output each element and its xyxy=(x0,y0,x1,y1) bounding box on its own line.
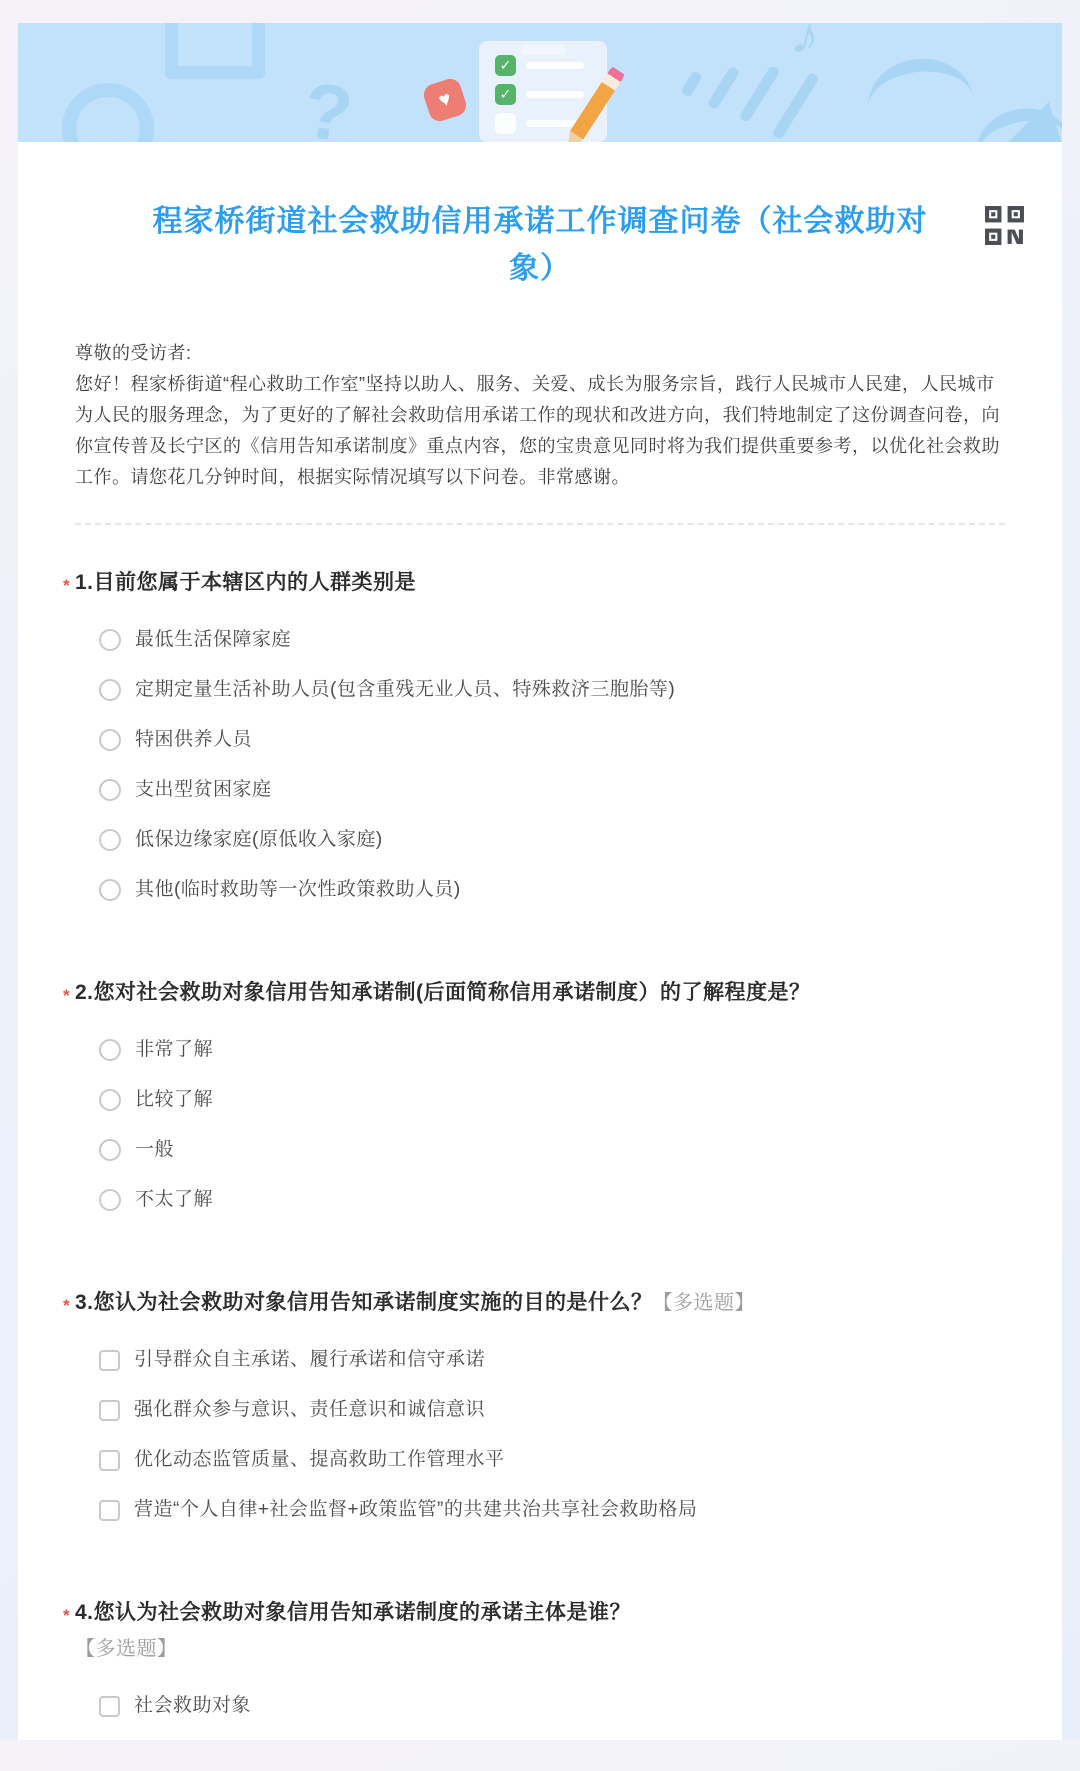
intro-salutation: 尊敬的受访者: xyxy=(75,338,1005,369)
question-title: *4.您认为社会救助对象信用告知承诺制度的承诺主体是谁？【多选题】 xyxy=(75,1599,1005,1663)
banner-illustration: ? ♪ ♥ ✓ ✓ xyxy=(18,23,1062,142)
radio-icon[interactable] xyxy=(99,1039,121,1061)
option-label: 一般 xyxy=(135,1137,174,1163)
checklist-row: ✓ xyxy=(495,84,593,105)
decor-wave-icon xyxy=(864,54,973,109)
qr-code-icon[interactable] xyxy=(984,205,1025,246)
option-row[interactable]: 支出型贫困家庭 xyxy=(99,765,1005,815)
text-line xyxy=(526,91,584,98)
option-row[interactable]: 强化群众参与意识、责任意识和诚信意识 xyxy=(99,1385,1005,1435)
option-label: 优化动态监管质量、提高救助工作管理水平 xyxy=(134,1447,505,1473)
text-line xyxy=(526,62,584,69)
required-asterisk: * xyxy=(63,1602,70,1630)
option-row[interactable]: 一般 xyxy=(99,1125,1005,1175)
option-label: 非常了解 xyxy=(135,1037,213,1063)
decor-slash-icon xyxy=(771,72,820,141)
option-row[interactable]: 定期定量生活补助人员(包含重残无业人员、特殊救济三胞胎等) xyxy=(99,665,1005,715)
option-label: 不太了解 xyxy=(135,1187,213,1213)
radio-icon[interactable] xyxy=(99,829,121,851)
decor-slash-icon xyxy=(707,66,741,111)
radio-icon[interactable] xyxy=(99,1139,121,1161)
option-group: 社会救助对象 xyxy=(99,1681,1005,1731)
multi-select-tag: 【多选题】 xyxy=(653,1292,756,1314)
question-block: *4.您认为社会救助对象信用告知承诺制度的承诺主体是谁？【多选题】 社会救助对象 xyxy=(75,1599,1005,1731)
option-group: 最低生活保障家庭定期定量生活补助人员(包含重残无业人员、特殊救济三胞胎等)特困供… xyxy=(99,615,1005,915)
option-group: 引导群众自主承诺、履行承诺和信守承诺强化群众参与意识、责任意识和诚信意识优化动态… xyxy=(99,1335,1005,1535)
option-label: 社会救助对象 xyxy=(134,1693,251,1719)
option-label: 特困供养人员 xyxy=(135,727,252,753)
radio-icon[interactable] xyxy=(99,629,121,651)
option-label: 最低生活保障家庭 xyxy=(135,627,291,653)
checkbox-icon[interactable] xyxy=(99,1450,120,1471)
option-row[interactable]: 营造“个人自律+社会监督+政策监管”的共建共治共享社会救助格局 xyxy=(99,1485,1005,1535)
option-label: 引导群众自主承诺、履行承诺和信守承诺 xyxy=(134,1347,485,1373)
option-row[interactable]: 不太了解 xyxy=(99,1175,1005,1225)
option-label: 定期定量生活补助人员(包含重残无业人员、特殊救济三胞胎等) xyxy=(135,677,675,703)
heart-icon: ♥ xyxy=(421,76,469,124)
survey-title: 程家桥街道社会救助信用承诺工作调查问卷（社会救助对象） xyxy=(145,198,935,292)
intro-paragraph: 尊敬的受访者: 您好！程家桥街道“程心救助工作室”坚持以助人、服务、关爱、成长为… xyxy=(75,338,1005,493)
decor-square-icon xyxy=(165,23,265,79)
music-note-icon: ♪ xyxy=(787,23,826,65)
option-label: 比较了解 xyxy=(135,1087,213,1113)
option-label: 强化群众参与意识、责任意识和诚信意识 xyxy=(134,1397,485,1423)
question-title: *3.您认为社会救助对象信用告知承诺制度实施的目的是什么？【多选题】 xyxy=(75,1289,1005,1317)
heart-glyph: ♥ xyxy=(436,87,454,113)
check-icon: ✓ xyxy=(495,84,516,105)
question-mark-icon: ? xyxy=(299,70,357,142)
option-row[interactable]: 其他(临时救助等一次性政策救助人员) xyxy=(99,865,1005,915)
option-row[interactable]: 优化动态监管质量、提高救助工作管理水平 xyxy=(99,1435,1005,1485)
option-label: 营造“个人自律+社会监督+政策监管”的共建共治共享社会救助格局 xyxy=(134,1497,697,1523)
radio-icon[interactable] xyxy=(99,729,121,751)
checkbox-icon[interactable] xyxy=(99,1500,120,1521)
question-list: *1.目前您属于本辖区内的人群类别是 最低生活保障家庭定期定量生活补助人员(包含… xyxy=(75,569,1005,1731)
option-row[interactable]: 社会救助对象 xyxy=(99,1681,1005,1731)
option-label: 低保边缘家庭(原低收入家庭) xyxy=(135,827,383,853)
clipboard-tab xyxy=(521,45,565,55)
option-row[interactable]: 引导群众自主承诺、履行承诺和信守承诺 xyxy=(99,1335,1005,1385)
checkbox-icon[interactable] xyxy=(99,1400,120,1421)
question-text: 4.您认为社会救助对象信用告知承诺制度的承诺主体是谁？ xyxy=(75,1601,631,1624)
option-row[interactable]: 比较了解 xyxy=(99,1075,1005,1125)
empty-check-icon xyxy=(495,113,516,134)
survey-content: 程家桥街道社会救助信用承诺工作调查问卷（社会救助对象） 尊敬的受访者: 您好！程… xyxy=(18,198,1062,1740)
required-asterisk: * xyxy=(63,982,70,1010)
question-block: *2.您对社会救助对象信用告知承诺制(后面简称信用承诺制度）的了解程度是？ 非常… xyxy=(75,979,1005,1225)
option-row[interactable]: 低保边缘家庭(原低收入家庭) xyxy=(99,815,1005,865)
question-block: *1.目前您属于本辖区内的人群类别是 最低生活保障家庭定期定量生活补助人员(包含… xyxy=(75,569,1005,915)
checklist-row: ✓ xyxy=(495,55,593,76)
question-text: 1.目前您属于本辖区内的人群类别是 xyxy=(75,571,416,594)
radio-icon[interactable] xyxy=(99,779,121,801)
intro-body: 您好！程家桥街道“程心救助工作室”坚持以助人、服务、关爱、成长为服务宗旨，践行人… xyxy=(75,369,1005,493)
question-title: *1.目前您属于本辖区内的人群类别是 xyxy=(75,569,1005,597)
decor-circle-icon xyxy=(62,83,154,142)
decor-slash-icon xyxy=(738,65,780,123)
option-label: 其他(临时救助等一次性政策救助人员) xyxy=(135,877,461,903)
radio-icon[interactable] xyxy=(99,1189,121,1211)
question-title: *2.您对社会救助对象信用告知承诺制(后面简称信用承诺制度）的了解程度是？ xyxy=(75,979,1005,1007)
checkbox-icon[interactable] xyxy=(99,1696,120,1717)
radio-icon[interactable] xyxy=(99,1089,121,1111)
radio-icon[interactable] xyxy=(99,679,121,701)
multi-select-tag: 【多选题】 xyxy=(75,1635,1005,1663)
check-icon: ✓ xyxy=(495,55,516,76)
option-group: 非常了解比较了解一般不太了解 xyxy=(99,1025,1005,1225)
radio-icon[interactable] xyxy=(99,879,121,901)
decor-triangle-icon xyxy=(1002,94,1062,142)
section-divider xyxy=(75,523,1005,525)
required-asterisk: * xyxy=(63,572,70,600)
option-label: 支出型贫困家庭 xyxy=(135,777,272,803)
question-text: 2.您对社会救助对象信用告知承诺制(后面简称信用承诺制度）的了解程度是？ xyxy=(75,981,811,1004)
required-asterisk: * xyxy=(63,1292,70,1320)
option-row[interactable]: 非常了解 xyxy=(99,1025,1005,1075)
question-block: *3.您认为社会救助对象信用告知承诺制度实施的目的是什么？【多选题】 引导群众自… xyxy=(75,1289,1005,1535)
option-row[interactable]: 最低生活保障家庭 xyxy=(99,615,1005,665)
option-row[interactable]: 特困供养人员 xyxy=(99,715,1005,765)
checkbox-icon[interactable] xyxy=(99,1350,120,1371)
survey-card: ? ♪ ♥ ✓ ✓ xyxy=(18,23,1062,1740)
decor-slash-icon xyxy=(680,70,703,98)
question-text: 3.您认为社会救助对象信用告知承诺制度实施的目的是什么？ xyxy=(75,1291,653,1314)
